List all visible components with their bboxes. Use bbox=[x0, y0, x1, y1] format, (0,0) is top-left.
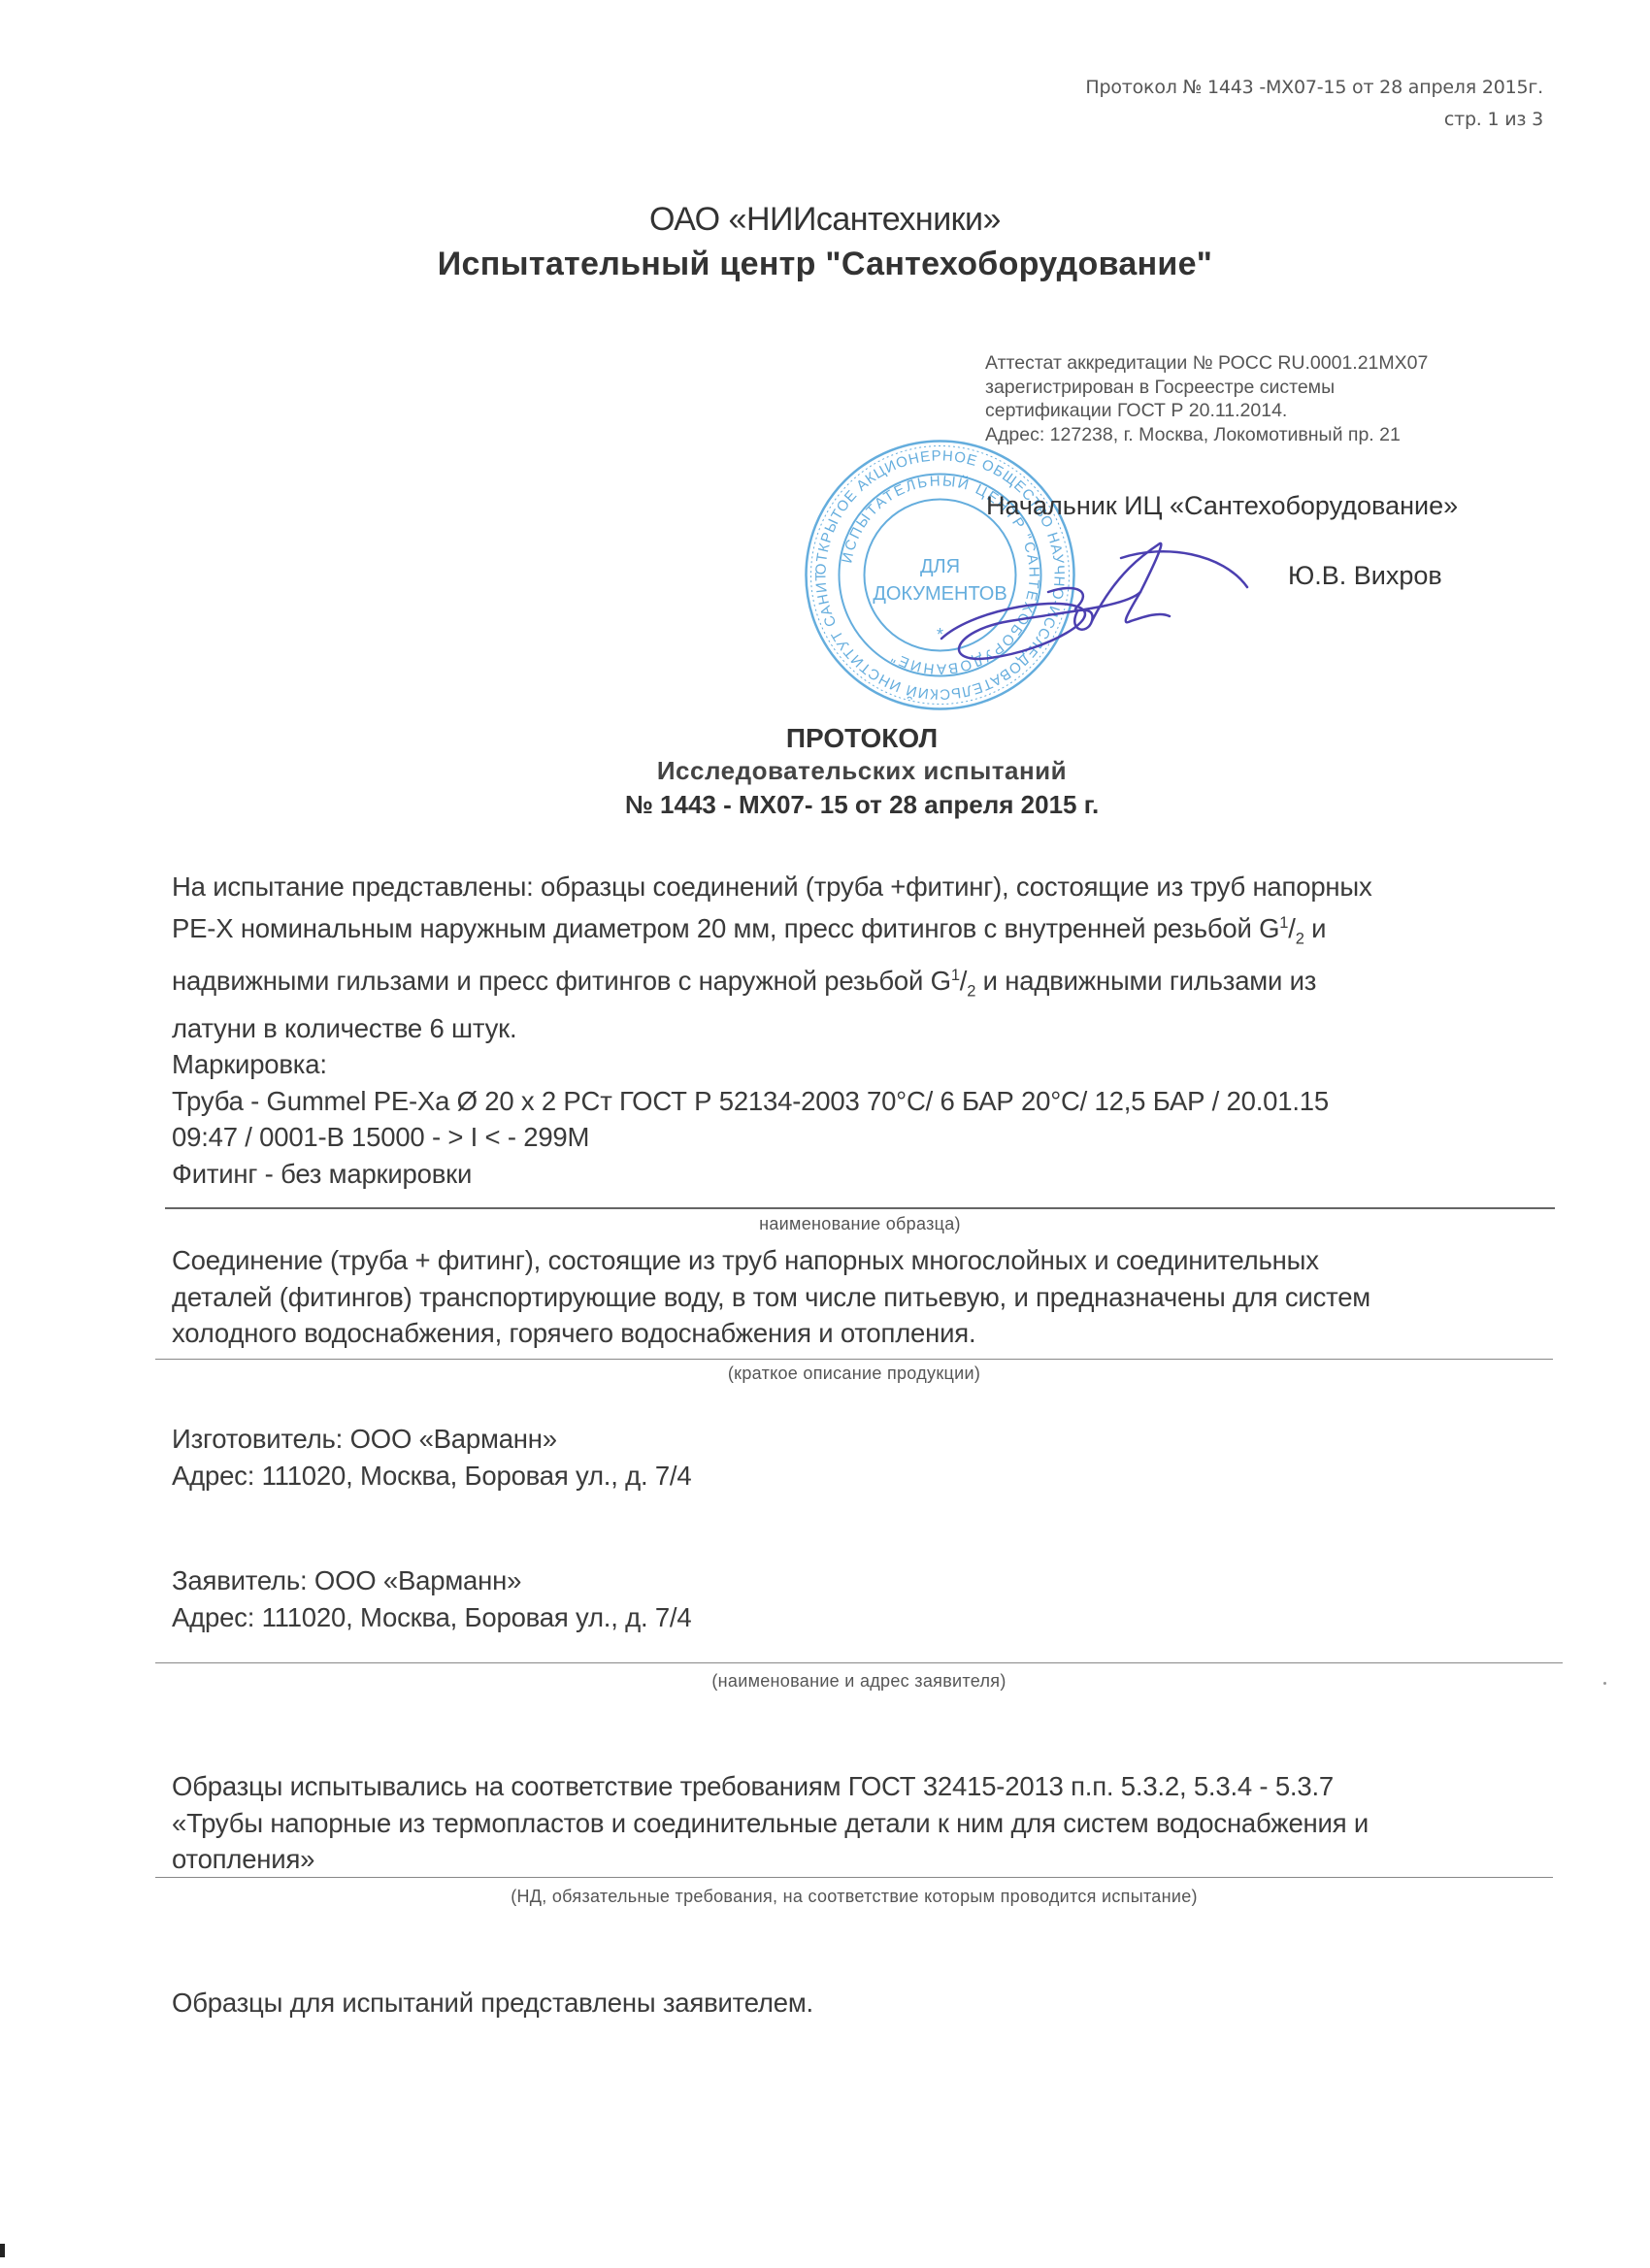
page-info: стр. 1 из 3 bbox=[1444, 104, 1543, 136]
standard-line: «Трубы напорные из термопластов и соедин… bbox=[172, 1805, 1569, 1842]
divider bbox=[155, 1662, 1563, 1663]
standard-caption: (НД, обязательные требования, на соответ… bbox=[155, 1887, 1553, 1907]
fitting-marking: Фитинг - без маркировки bbox=[172, 1156, 1569, 1193]
samples-line: надвижными гильзами и пресс фитингов с н… bbox=[172, 958, 1569, 1010]
marking-label: Маркировка: bbox=[172, 1046, 1569, 1083]
sample-name-caption: наименование образца) bbox=[165, 1214, 1555, 1234]
accreditation-line: Аттестат аккредитации № РОСС RU.0001.21М… bbox=[985, 351, 1428, 376]
divider bbox=[155, 1359, 1553, 1360]
divider bbox=[155, 1877, 1553, 1878]
protocol-subtitle: Исследовательских испытаний bbox=[0, 756, 1650, 786]
pipe-marking: Труба - Gummel PE-Xa Ø 20 x 2 PCт ГОСТ Р… bbox=[172, 1083, 1569, 1120]
accreditation-line: сертификации ГОСТ Р 20.11.2014. bbox=[985, 399, 1428, 423]
applicant-name: Заявитель: ООО «Варманн» bbox=[172, 1562, 1569, 1599]
product-line: Соединение (труба + фитинг), состоящие и… bbox=[172, 1242, 1569, 1279]
product-line: холодного водоснабжения, горячего водосн… bbox=[172, 1315, 1569, 1352]
scan-artifact bbox=[1603, 1682, 1606, 1685]
product-description: Соединение (труба + фитинг), состоящие и… bbox=[172, 1242, 1569, 1352]
samples-provided-note: Образцы для испытаний представлены заяви… bbox=[172, 1985, 1569, 2021]
applicant-caption: (наименование и адрес заявителя) bbox=[155, 1671, 1563, 1692]
product-caption: (краткое описание продукции) bbox=[155, 1364, 1553, 1384]
scan-artifact bbox=[0, 2244, 5, 2257]
protocol-number: № 1443 - МХ07- 15 от 28 апреля 2015 г. bbox=[0, 790, 1650, 820]
approver-title: Начальник ИЦ «Сантехоборудование» bbox=[986, 491, 1458, 521]
standard-section: Образцы испытывались на соответствие тре… bbox=[172, 1768, 1569, 1878]
applicant-address: Адрес: 111020, Москва, Боровая ул., д. 7… bbox=[172, 1599, 1569, 1636]
divider bbox=[165, 1207, 1555, 1209]
samples-line: латуни в количестве 6 штук. bbox=[172, 1010, 1569, 1047]
standard-line: Образцы испытывались на соответствие тре… bbox=[172, 1768, 1569, 1805]
manufacturer-address: Адрес: 111020, Москва, Боровая ул., д. 7… bbox=[172, 1458, 1569, 1495]
standard-line: отопления» bbox=[172, 1841, 1569, 1878]
protocol-title: ПРОТОКОЛ bbox=[0, 723, 1650, 754]
protocol-reference: Протокол № 1443 -МХ07-15 от 28 апреля 20… bbox=[1085, 72, 1543, 104]
manufacturer-name: Изготовитель: ООО «Варманн» bbox=[172, 1421, 1569, 1458]
accreditation-line: зарегистрирован в Госреестре системы bbox=[985, 376, 1428, 400]
approver-name: Ю.В. Вихров bbox=[1288, 561, 1442, 591]
product-line: деталей (фитингов) транспортирующие воду… bbox=[172, 1279, 1569, 1316]
manufacturer-section: Изготовитель: ООО «Варманн» Адрес: 11102… bbox=[172, 1421, 1569, 1494]
testing-center-name: Испытательный центр "Сантехоборудование" bbox=[0, 246, 1650, 283]
accreditation-block: Аттестат аккредитации № РОСС RU.0001.21М… bbox=[985, 351, 1428, 446]
samples-section: На испытание представлены: образцы соеди… bbox=[172, 869, 1569, 1192]
applicant-section: Заявитель: ООО «Варманн» Адрес: 111020, … bbox=[172, 1562, 1569, 1635]
samples-line: На испытание представлены: образцы соеди… bbox=[172, 869, 1569, 905]
samples-line: РЕ-Х номинальным наружным диаметром 20 м… bbox=[172, 905, 1569, 958]
footer-note: Образцы для испытаний представлены заяви… bbox=[172, 1985, 1569, 2021]
signature-icon bbox=[932, 514, 1262, 670]
organization-name: ОАО «НИИсантехники» bbox=[0, 201, 1650, 239]
pipe-marking: 09:47 / 0001-В 15000 - > I < - 299М bbox=[172, 1119, 1569, 1156]
